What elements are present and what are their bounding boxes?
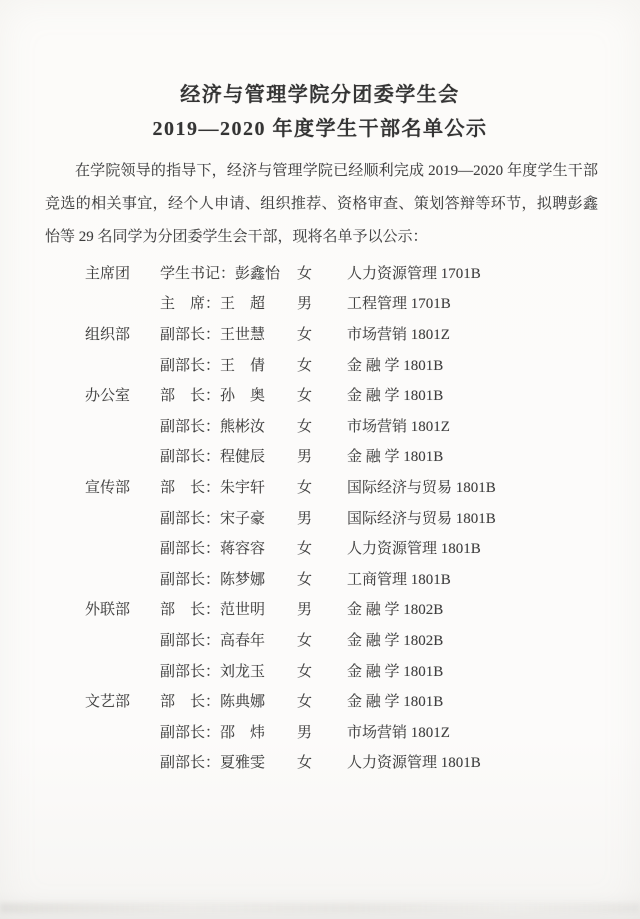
student-name: 蒋容容 [220,541,265,557]
student-name: 王 倩 [220,358,265,374]
roster-row: 副部长：高春年 女 金 融 学 1802B [85,624,610,655]
position-name-cell: 副部长：蒋容容 [160,537,297,558]
roster-row: 副部长：邵 炜 男 市场营销 1801Z [85,716,610,747]
gender-cell: 女 [297,751,347,772]
gender-cell: 男 [297,445,347,466]
position-name-cell: 副部长：宋子豪 [160,507,297,528]
major-cell: 人力资源管理 1801B [347,751,610,772]
position-name-cell: 副部长：熊彬汝 [160,415,297,436]
position-name-cell: 部 长：陈典娜 [160,690,297,711]
student-name: 王世慧 [220,327,265,343]
roster-row: 副部长：夏雅雯 女 人力资源管理 1801B [85,747,610,778]
major-cell: 金 融 学 1801B [347,660,610,681]
student-name: 陈典娜 [220,694,265,710]
position-label: 副部长： [160,572,220,588]
gender-cell: 女 [297,568,347,589]
position-name-cell: 副部长：邵 炜 [160,721,297,742]
position-label: 副部长： [160,755,220,771]
intro-paragraph: 在学院领导的指导下，经济与管理学院已经顺利完成 2019—2020 年度学生干部… [45,155,598,254]
position-label: 副部长： [160,449,220,465]
student-name: 程健辰 [220,449,265,465]
roster-row: 副部长：宋子豪 男 国际经济与贸易 1801B [85,502,610,533]
student-name: 夏雅雯 [220,755,265,771]
gender-cell: 女 [297,262,347,283]
roster-row: 副部长：王 倩 女 金 融 学 1801B [85,349,610,380]
position-label: 副部长： [160,664,220,680]
gender-cell: 女 [297,415,347,436]
major-cell: 人力资源管理 1801B [347,537,610,558]
roster-row: 副部长：熊彬汝 女 市场营销 1801Z [85,410,610,441]
position-name-cell: 副部长：程健辰 [160,445,297,466]
major-cell: 市场营销 1801Z [347,323,610,344]
position-label: 部 长： [160,480,220,496]
department-cell: 主席团 [85,262,160,283]
gender-cell: 女 [297,660,347,681]
student-name: 高春年 [220,633,265,649]
student-name: 范世明 [220,602,265,618]
position-label: 副部长： [160,358,220,374]
position-label: 主 席： [160,296,220,312]
position-label: 副部长： [160,633,220,649]
scanned-document-page: 经济与管理学院分团委学生会 2019—2020 年度学生干部名单公示 在学院领导… [0,0,640,919]
doc-title-line1: 经济与管理学院分团委学生会 [0,82,640,108]
roster-row: 主 席：王 超 男 工程管理 1701B [85,288,610,319]
position-label: 部 长： [160,388,220,404]
major-cell: 金 融 学 1801B [347,445,610,466]
department-cell: 组织部 [85,323,160,344]
position-label: 学生书记： [160,266,235,282]
position-label: 副部长： [160,419,220,435]
student-name: 熊彬汝 [220,419,265,435]
position-label: 部 长： [160,602,220,618]
position-name-cell: 副部长：王 倩 [160,354,297,375]
roster-row: 文艺部 部 长：陈典娜 女 金 融 学 1801B [85,685,610,716]
major-cell: 市场营销 1801Z [347,721,610,742]
position-label: 副部长： [160,725,220,741]
major-cell: 金 融 学 1802B [347,629,610,650]
document-header: 经济与管理学院分团委学生会 2019—2020 年度学生干部名单公示 [0,0,640,142]
gender-cell: 女 [297,690,347,711]
major-cell: 国际经济与贸易 1801B [347,476,610,497]
student-name: 陈梦娜 [220,572,265,588]
major-cell: 工程管理 1701B [347,292,610,313]
roster-row: 副部长：陈梦娜 女 工商管理 1801B [85,563,610,594]
major-cell: 人力资源管理 1701B [347,262,610,283]
roster-row: 组织部 副部长：王世慧 女 市场营销 1801Z [85,318,610,349]
gender-cell: 女 [297,323,347,344]
roster-row: 副部长：程健辰 男 金 融 学 1801B [85,441,610,472]
major-cell: 金 融 学 1802B [347,598,610,619]
gender-cell: 女 [297,384,347,405]
major-cell: 国际经济与贸易 1801B [347,507,610,528]
roster-row: 宣传部 部 长：朱宇轩 女 国际经济与贸易 1801B [85,471,610,502]
student-name: 彭鑫怡 [235,266,280,282]
doc-title-line2: 2019—2020 年度学生干部名单公示 [0,116,640,142]
position-name-cell: 学生书记：彭鑫怡 [160,262,297,283]
student-name: 宋子豪 [220,511,265,527]
gender-cell: 男 [297,721,347,742]
roster-table: 主席团 学生书记：彭鑫怡 女 人力资源管理 1701B 主 席：王 超 男 工程… [0,257,640,777]
student-name: 刘龙玉 [220,664,265,680]
department-cell: 宣传部 [85,476,160,497]
department-cell: 办公室 [85,384,160,405]
position-label: 副部长： [160,541,220,557]
roster-row: 主席团 学生书记：彭鑫怡 女 人力资源管理 1701B [85,257,610,288]
position-name-cell: 副部长：王世慧 [160,323,297,344]
department-cell: 外联部 [85,598,160,619]
position-name-cell: 主 席：王 超 [160,292,297,313]
position-label: 副部长： [160,327,220,343]
position-label: 副部长： [160,511,220,527]
position-name-cell: 副部长：刘龙玉 [160,660,297,681]
gender-cell: 男 [297,598,347,619]
gender-cell: 男 [297,507,347,528]
major-cell: 市场营销 1801Z [347,415,610,436]
roster-row: 副部长：蒋容容 女 人力资源管理 1801B [85,532,610,563]
roster-row: 副部长：刘龙玉 女 金 融 学 1801B [85,655,610,686]
student-name: 朱宇轩 [220,480,265,496]
student-name: 王 超 [220,296,265,312]
gender-cell: 女 [297,476,347,497]
department-cell: 文艺部 [85,690,160,711]
major-cell: 金 融 学 1801B [347,384,610,405]
gender-cell: 女 [297,629,347,650]
position-name-cell: 副部长：夏雅雯 [160,751,297,772]
major-cell: 工商管理 1801B [347,568,610,589]
roster-row: 办公室 部 长：孙 奥 女 金 融 学 1801B [85,379,610,410]
gender-cell: 男 [297,292,347,313]
student-name: 邵 炜 [220,725,265,741]
position-name-cell: 部 长：孙 奥 [160,384,297,405]
gender-cell: 女 [297,354,347,375]
position-label: 部 长： [160,694,220,710]
gender-cell: 女 [297,537,347,558]
position-name-cell: 部 长：范世明 [160,598,297,619]
student-name: 孙 奥 [220,388,265,404]
position-name-cell: 副部长：陈梦娜 [160,568,297,589]
position-name-cell: 副部长：高春年 [160,629,297,650]
major-cell: 金 融 学 1801B [347,354,610,375]
major-cell: 金 融 学 1801B [347,690,610,711]
position-name-cell: 部 长：朱宇轩 [160,476,297,497]
roster-row: 外联部 部 长：范世明 男 金 融 学 1802B [85,594,610,625]
